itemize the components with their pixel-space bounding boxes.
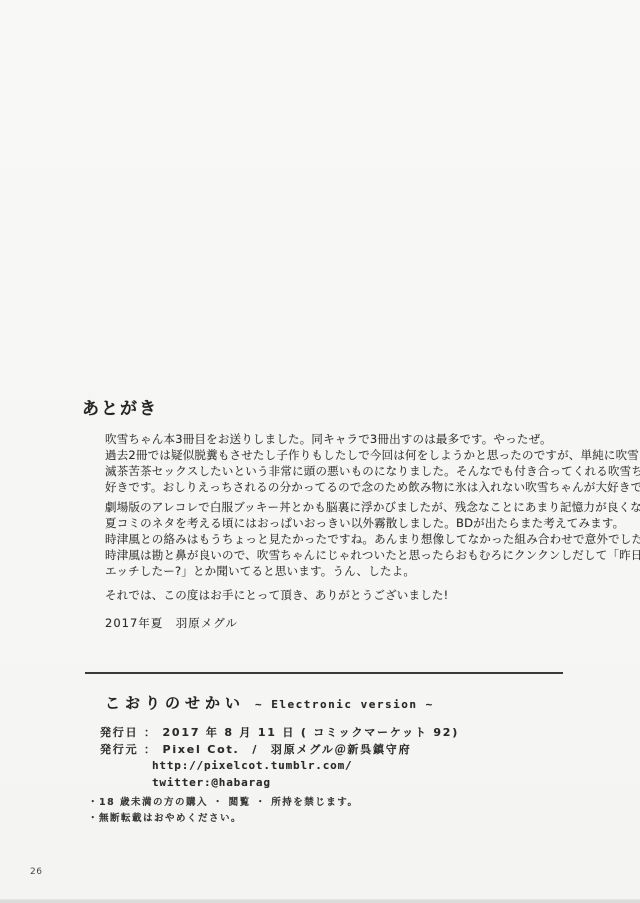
book-title: こおりのせかい bbox=[105, 694, 245, 712]
paragraph-line: 夏コミのネタを考える頃にはおっぱいおっきい以外霧散しました。BDが出たらまた考え… bbox=[105, 515, 563, 531]
scan-bottom-edge bbox=[0, 899, 640, 903]
no-reproduction-notice: ・無断転載はおやめください。 bbox=[88, 811, 359, 827]
colophon-title-row: こおりのせかい~ Electronic version ~ bbox=[105, 692, 434, 713]
paragraph-line: エッチしたー?」とか聞いてると思います。うん、したよ。 bbox=[105, 563, 563, 579]
edition-subtitle: ~ Electronic version ~ bbox=[255, 698, 434, 711]
afterword-paragraph-1: 吹雪ちゃん本3冊目をお送りしました。同キャラで3冊出すのは最多です。やったぜ。 … bbox=[105, 431, 563, 495]
age-restriction-notice: ・18 歳未満の方の購入 ・ 閲覧 ・ 所持を禁じます。 bbox=[88, 795, 359, 811]
publisher-row: 発行元 ： Pixel Cot. / 羽原メグル＠新呉鎮守府 bbox=[100, 741, 411, 757]
scanned-page-background: あとがき 吹雪ちゃん本3冊目をお送りしました。同キャラで3冊出すのは最多です。や… bbox=[0, 0, 640, 903]
paragraph-line: 過去2冊では疑似脱糞もさせたし子作りもしたしで今回は何をしようかと思ったのですが… bbox=[105, 447, 563, 463]
paragraph-line: 好きです。おしりえっちされるの分かってるので念のため飲み物に氷は入れない吹雪ちゃ… bbox=[105, 479, 563, 495]
afterword-paragraph-2: 劇場版のアレコレで白服ブッキー丼とかも脳裏に浮かびましたが、残念なことにあまり記… bbox=[105, 499, 563, 579]
paragraph-line: 時津風との絡みはもうちょっと見たかったですね。あんまり想像してなかった組み合わせ… bbox=[105, 531, 563, 547]
paragraph-line: 劇場版のアレコレで白服ブッキー丼とかも脳裏に浮かびましたが、残念なことにあまり記… bbox=[105, 499, 563, 515]
paragraph-line: 吹雪ちゃん本3冊目をお送りしました。同キャラで3冊出すのは最多です。やったぜ。 bbox=[105, 431, 563, 447]
page-number: 26 bbox=[30, 867, 42, 877]
paragraph-line: 滅茶苦茶セックスしたいという非常に頭の悪いものになりました。そんなでも付き合って… bbox=[105, 463, 563, 479]
colophon-divider-rule bbox=[85, 672, 563, 674]
paragraph-line: 時津風は勘と鼻が良いので、吹雪ちゃんにじゃれついたと思ったらおもむろにクンクンし… bbox=[105, 547, 563, 563]
afterword-closing-line: それでは、この度はお手にとって頂き、ありがとうございました! bbox=[105, 587, 563, 603]
twitter-handle: twitter:@habarag bbox=[152, 776, 271, 789]
website-url: http://pixelcot.tumblr.com/ bbox=[152, 759, 352, 772]
afterword-heading: あとがき bbox=[82, 394, 158, 419]
publish-date-row: 発行日 ： 2017 年 8 月 11 日 ( コミックマーケット 92) bbox=[100, 724, 459, 740]
author-signature: 2017年夏 羽原メグル bbox=[105, 615, 563, 631]
legal-notices: ・18 歳未満の方の購入 ・ 閲覧 ・ 所持を禁じます。 ・無断転載はおやめくだ… bbox=[88, 795, 359, 827]
